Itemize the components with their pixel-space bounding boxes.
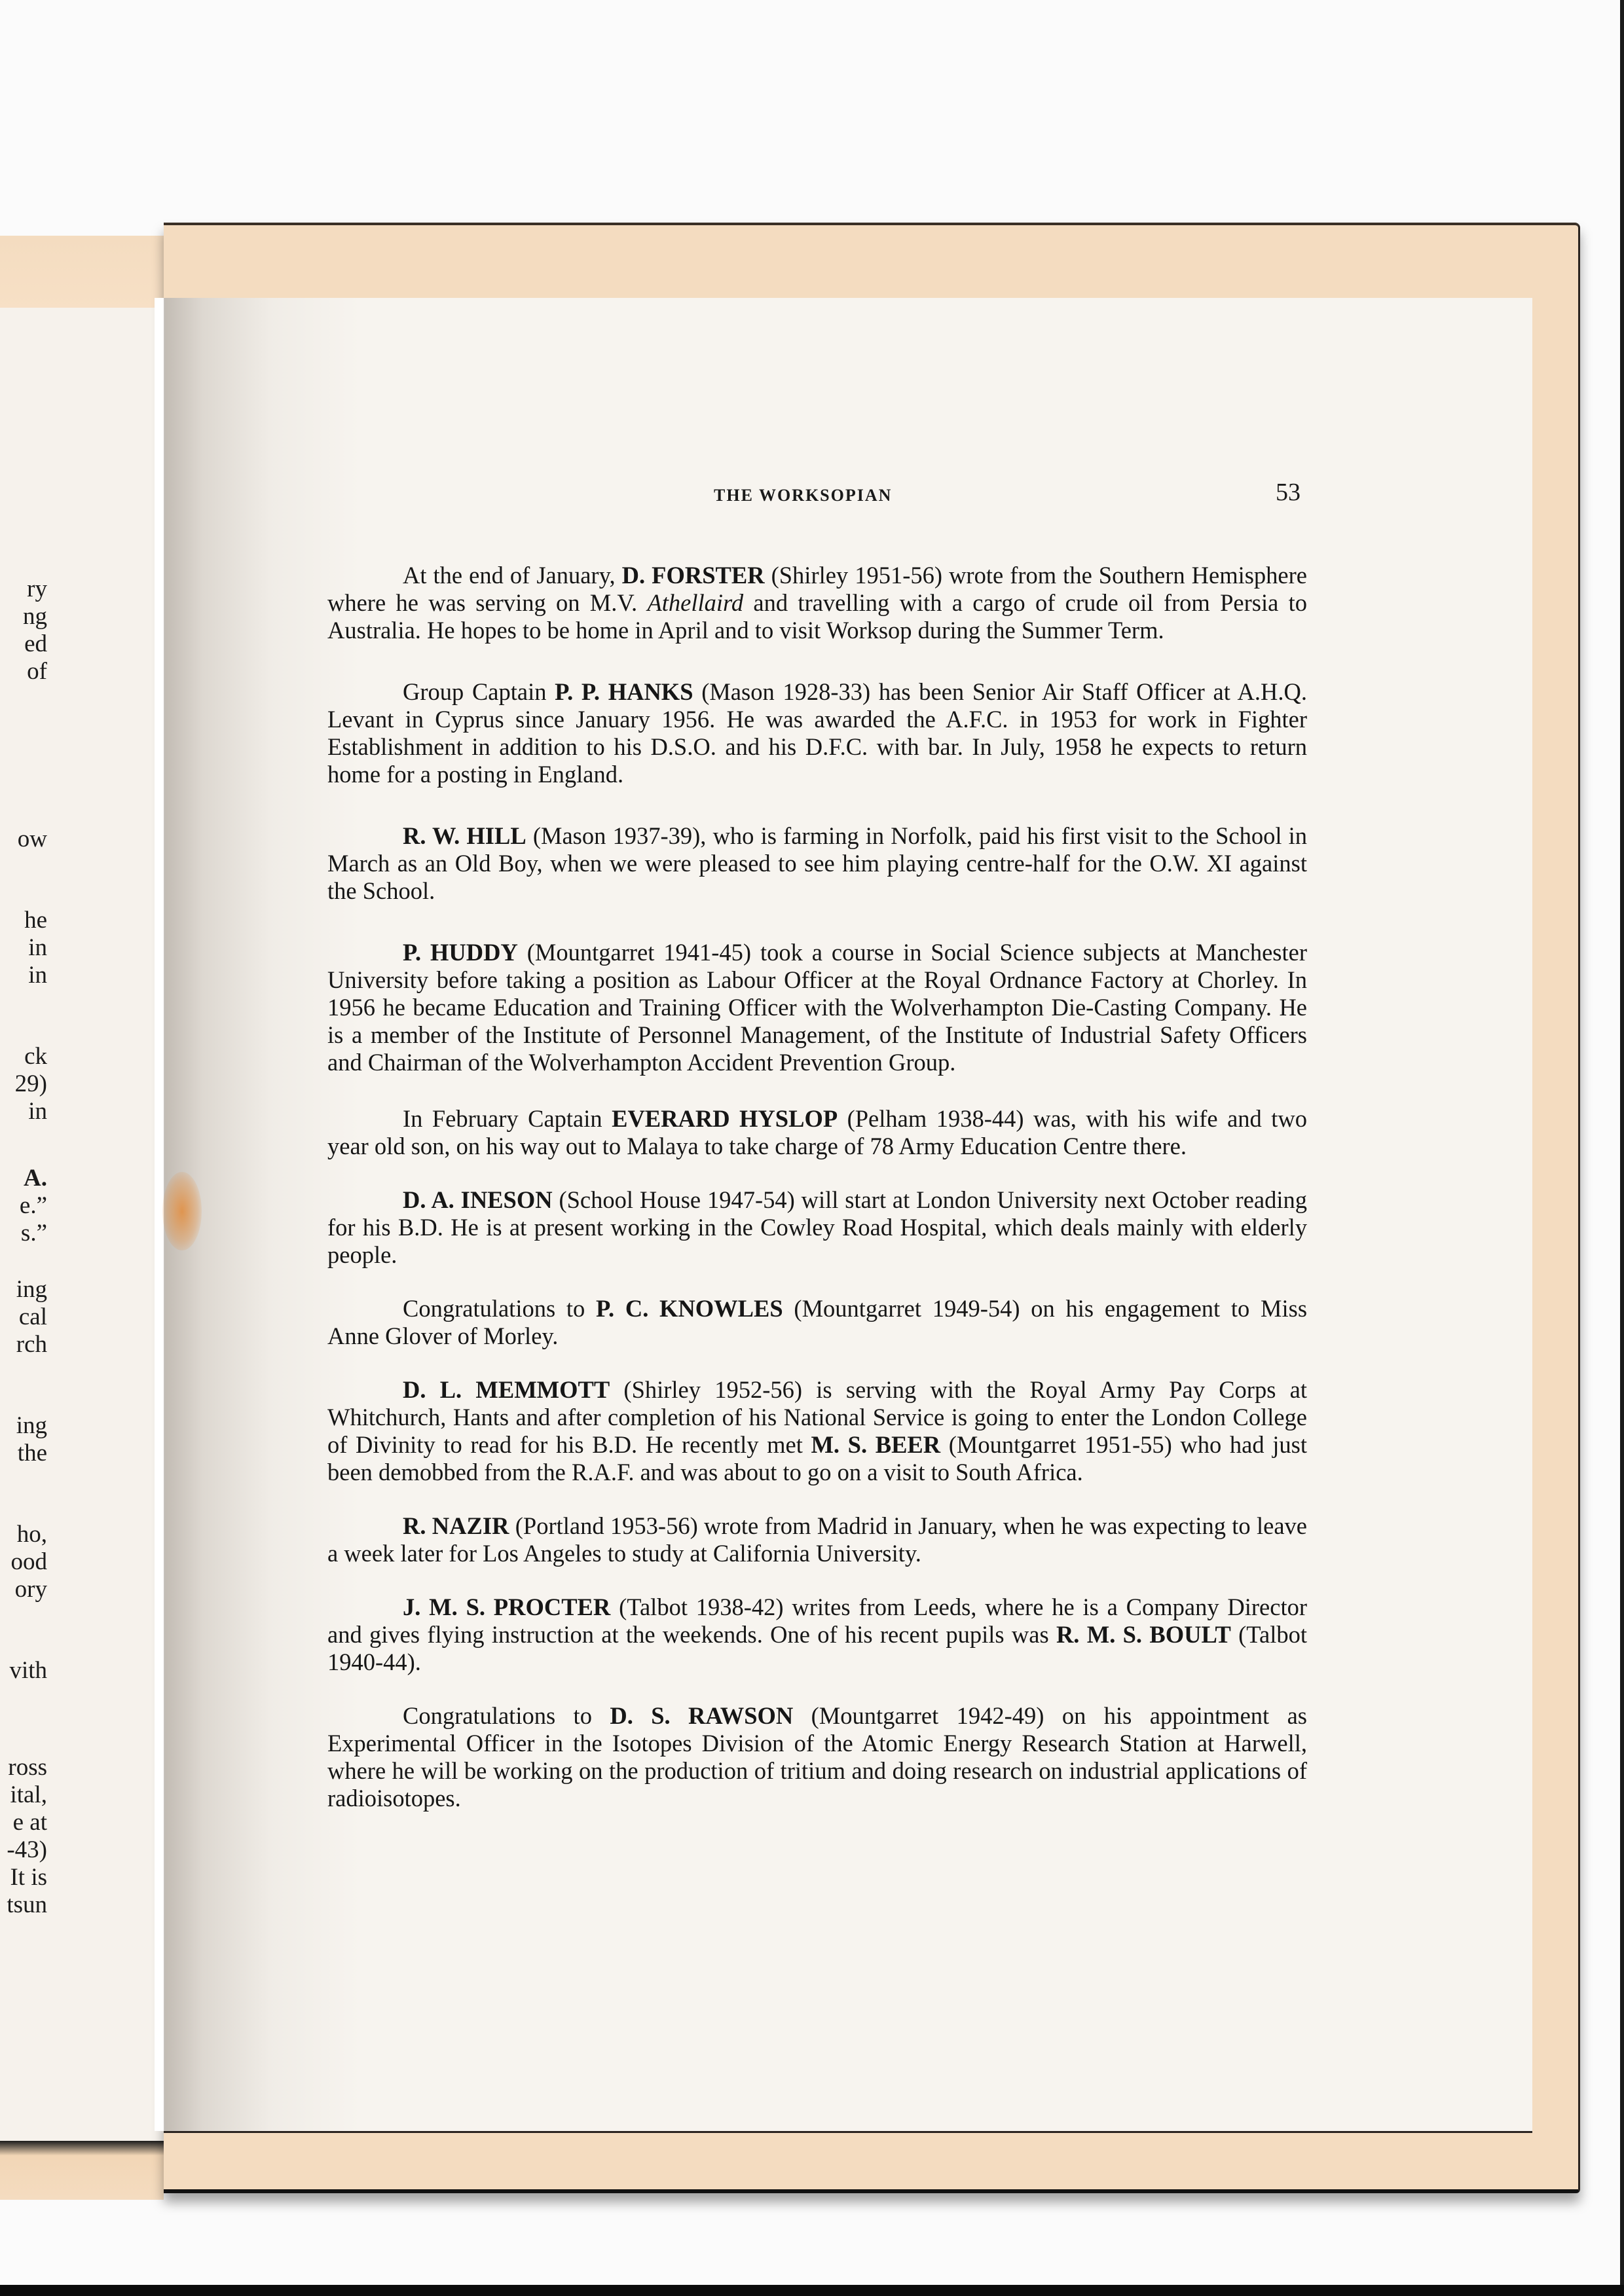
fragment: the xyxy=(0,1440,47,1467)
ship-name: Athellaird xyxy=(647,589,743,616)
text: In February Captain xyxy=(403,1105,612,1132)
text: Congratulations to xyxy=(403,1702,610,1729)
fragment: A. xyxy=(0,1165,47,1192)
paragraph-hill: R. W. HILL (Mason 1937-39), who is farmi… xyxy=(327,822,1307,905)
person-name: P. C. KNOWLES xyxy=(596,1295,783,1322)
fragment: ng xyxy=(0,604,47,630)
paragraph-hanks: Group Captain P. P. HANKS (Mason 1928-33… xyxy=(327,678,1307,788)
fragment: It is xyxy=(0,1865,47,1891)
paragraph-huddy: P. HUDDY (Mountgarret 1941-45) took a co… xyxy=(327,939,1307,1076)
fragment: -43) xyxy=(0,1837,47,1863)
person-name: R. M. S. BOULT xyxy=(1056,1621,1231,1648)
text: Group Captain xyxy=(403,678,555,705)
paragraph-hyslop: In February Captain EVERARD HYSLOP (Pelh… xyxy=(327,1105,1307,1160)
fragment: in xyxy=(0,962,47,989)
fragment: in xyxy=(0,935,47,961)
fragment: ory xyxy=(0,1576,47,1603)
fragment: s.” xyxy=(0,1220,47,1247)
paragraph-procter: J. M. S. PROCTER (Talbot 1938-42) writes… xyxy=(327,1594,1307,1676)
fragment: 29) xyxy=(0,1071,47,1097)
person-name: P. HUDDY xyxy=(403,939,518,966)
text: Congratulations to xyxy=(403,1295,596,1322)
scanner-edge-bottom xyxy=(0,2285,1624,2296)
paragraph-memmott: D. L. MEMMOTT (Shirley 1952-56) is servi… xyxy=(327,1376,1307,1486)
person-name: D. FORSTER xyxy=(622,562,765,589)
fragment: e.” xyxy=(0,1193,47,1219)
person-name: P. P. HANKS xyxy=(555,678,693,705)
fragment: ow xyxy=(0,826,47,852)
person-name: D. L. MEMMOTT xyxy=(403,1376,610,1403)
fragment: rch xyxy=(0,1332,47,1358)
person-name: R. W. HILL xyxy=(403,822,526,849)
fragment: ing xyxy=(0,1277,47,1303)
scanner-edge-right xyxy=(1620,0,1624,2296)
fragment: ing xyxy=(0,1413,47,1439)
left-page-text-fragments: ry ng ed of ow he in in ck 29) in A. e.”… xyxy=(0,0,52,2296)
page-number: 53 xyxy=(1276,478,1301,507)
article-body: At the end of January, D. FORSTER (Shirl… xyxy=(327,562,1307,1812)
fragment: ross xyxy=(0,1755,47,1781)
fragment: tsun xyxy=(0,1892,47,1918)
fragment: ood xyxy=(0,1549,47,1575)
fragment: ry xyxy=(0,576,47,602)
fragment: ital, xyxy=(0,1782,47,1808)
fragment: in xyxy=(0,1099,47,1125)
paragraph-nazir: R. NAZIR (Portland 1953-56) wrote from M… xyxy=(327,1512,1307,1567)
fragment: ed xyxy=(0,631,47,657)
person-name: M. S. BEER xyxy=(811,1431,940,1458)
person-name: D. S. RAWSON xyxy=(610,1702,793,1729)
fragment: ck xyxy=(0,1044,47,1070)
paragraph-ineson: D. A. INESON (School House 1947-54) will… xyxy=(327,1186,1307,1269)
person-name: D. A. INESON xyxy=(403,1186,553,1213)
fragment: vith xyxy=(0,1658,47,1684)
person-name: EVERARD HYSLOP xyxy=(612,1105,838,1132)
paragraph-forster: At the end of January, D. FORSTER (Shirl… xyxy=(327,562,1307,644)
fragment: cal xyxy=(0,1304,47,1330)
stain-mark xyxy=(162,1172,202,1250)
fragment: e at xyxy=(0,1810,47,1836)
text: At the end of January, xyxy=(403,562,622,589)
person-name: R. NAZIR xyxy=(403,1512,509,1539)
person-name: J. M. S. PROCTER xyxy=(403,1594,610,1620)
fragment: ho, xyxy=(0,1522,47,1548)
fragment: he xyxy=(0,907,47,934)
paragraph-rawson: Congratulations to D. S. RAWSON (Mountga… xyxy=(327,1702,1307,1812)
paragraph-knowles: Congratulations to P. C. KNOWLES (Mountg… xyxy=(327,1295,1307,1350)
running-head: THE WORKSOPIAN xyxy=(714,486,892,505)
fragment: of xyxy=(0,659,47,685)
